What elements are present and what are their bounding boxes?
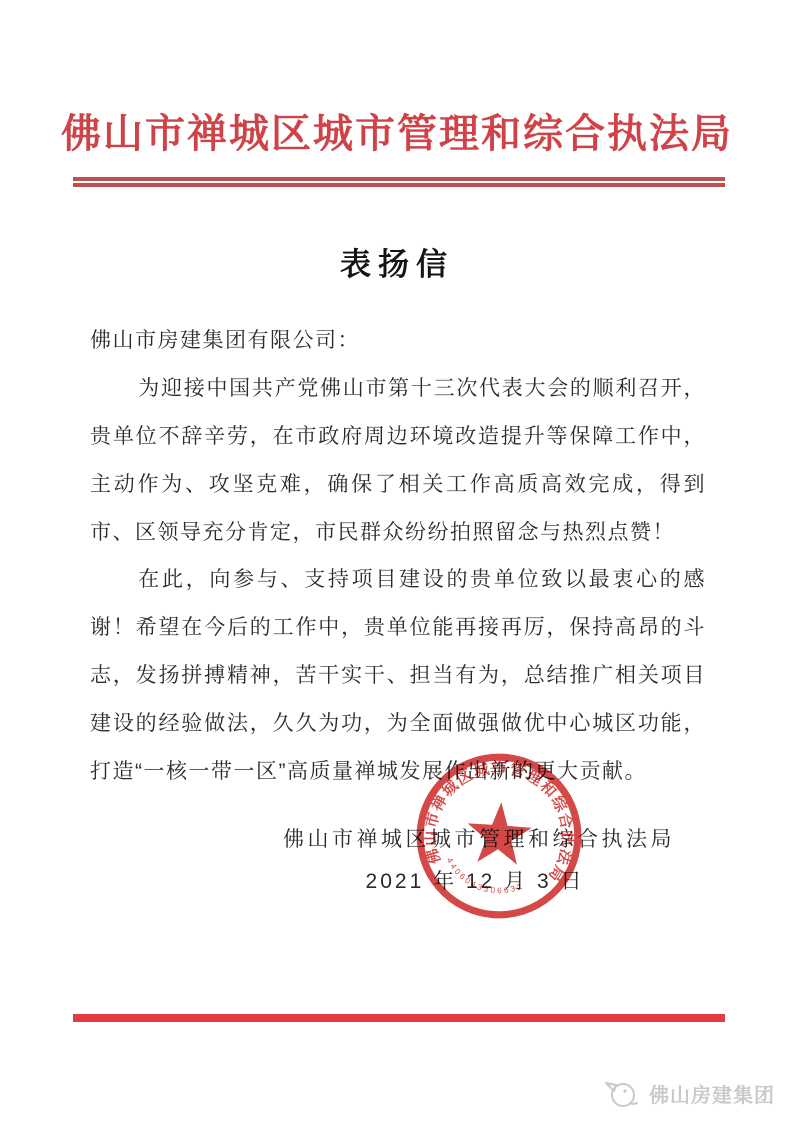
bottom-red-rule (73, 1014, 725, 1022)
seal-star-icon (465, 800, 533, 865)
letterhead-double-rule (73, 177, 725, 187)
letter-body: 佛山市房建集团有限公司： 为迎接中国共产党佛山市第十三次代表大会的顺利召开，贵单… (90, 317, 706, 796)
rule-bottom (73, 183, 725, 187)
document-title: 表扬信 (0, 239, 794, 284)
company-watermark: 佛山房建集团 (600, 1077, 775, 1109)
official-seal: 佛山市禅城区城市管理和综合执法局 4406043306631 (406, 743, 592, 929)
watermark-label: 佛山房建集团 (649, 1079, 775, 1108)
paragraph-2: 在此，向参与、支持项目建设的贵单位致以最衷心的感谢！希望在今后的工作中，贵单位能… (90, 556, 706, 795)
fangjian-logo-icon (600, 1077, 640, 1109)
paragraph-1: 为迎接中国共产党佛山市第十三次代表大会的顺利召开，贵单位不辞辛劳，在市政府周边环… (90, 365, 706, 557)
salutation: 佛山市房建集团有限公司： (90, 317, 706, 365)
letterhead-title: 佛山市禅城区城市管理和综合执法局 (40, 102, 754, 159)
seal-graphic: 佛山市禅城区城市管理和综合执法局 4406043306631 (406, 743, 592, 929)
letter-page: 佛山市禅城区城市管理和综合执法局 表扬信 佛山市房建集团有限公司： 为迎接中国共… (0, 0, 794, 1123)
